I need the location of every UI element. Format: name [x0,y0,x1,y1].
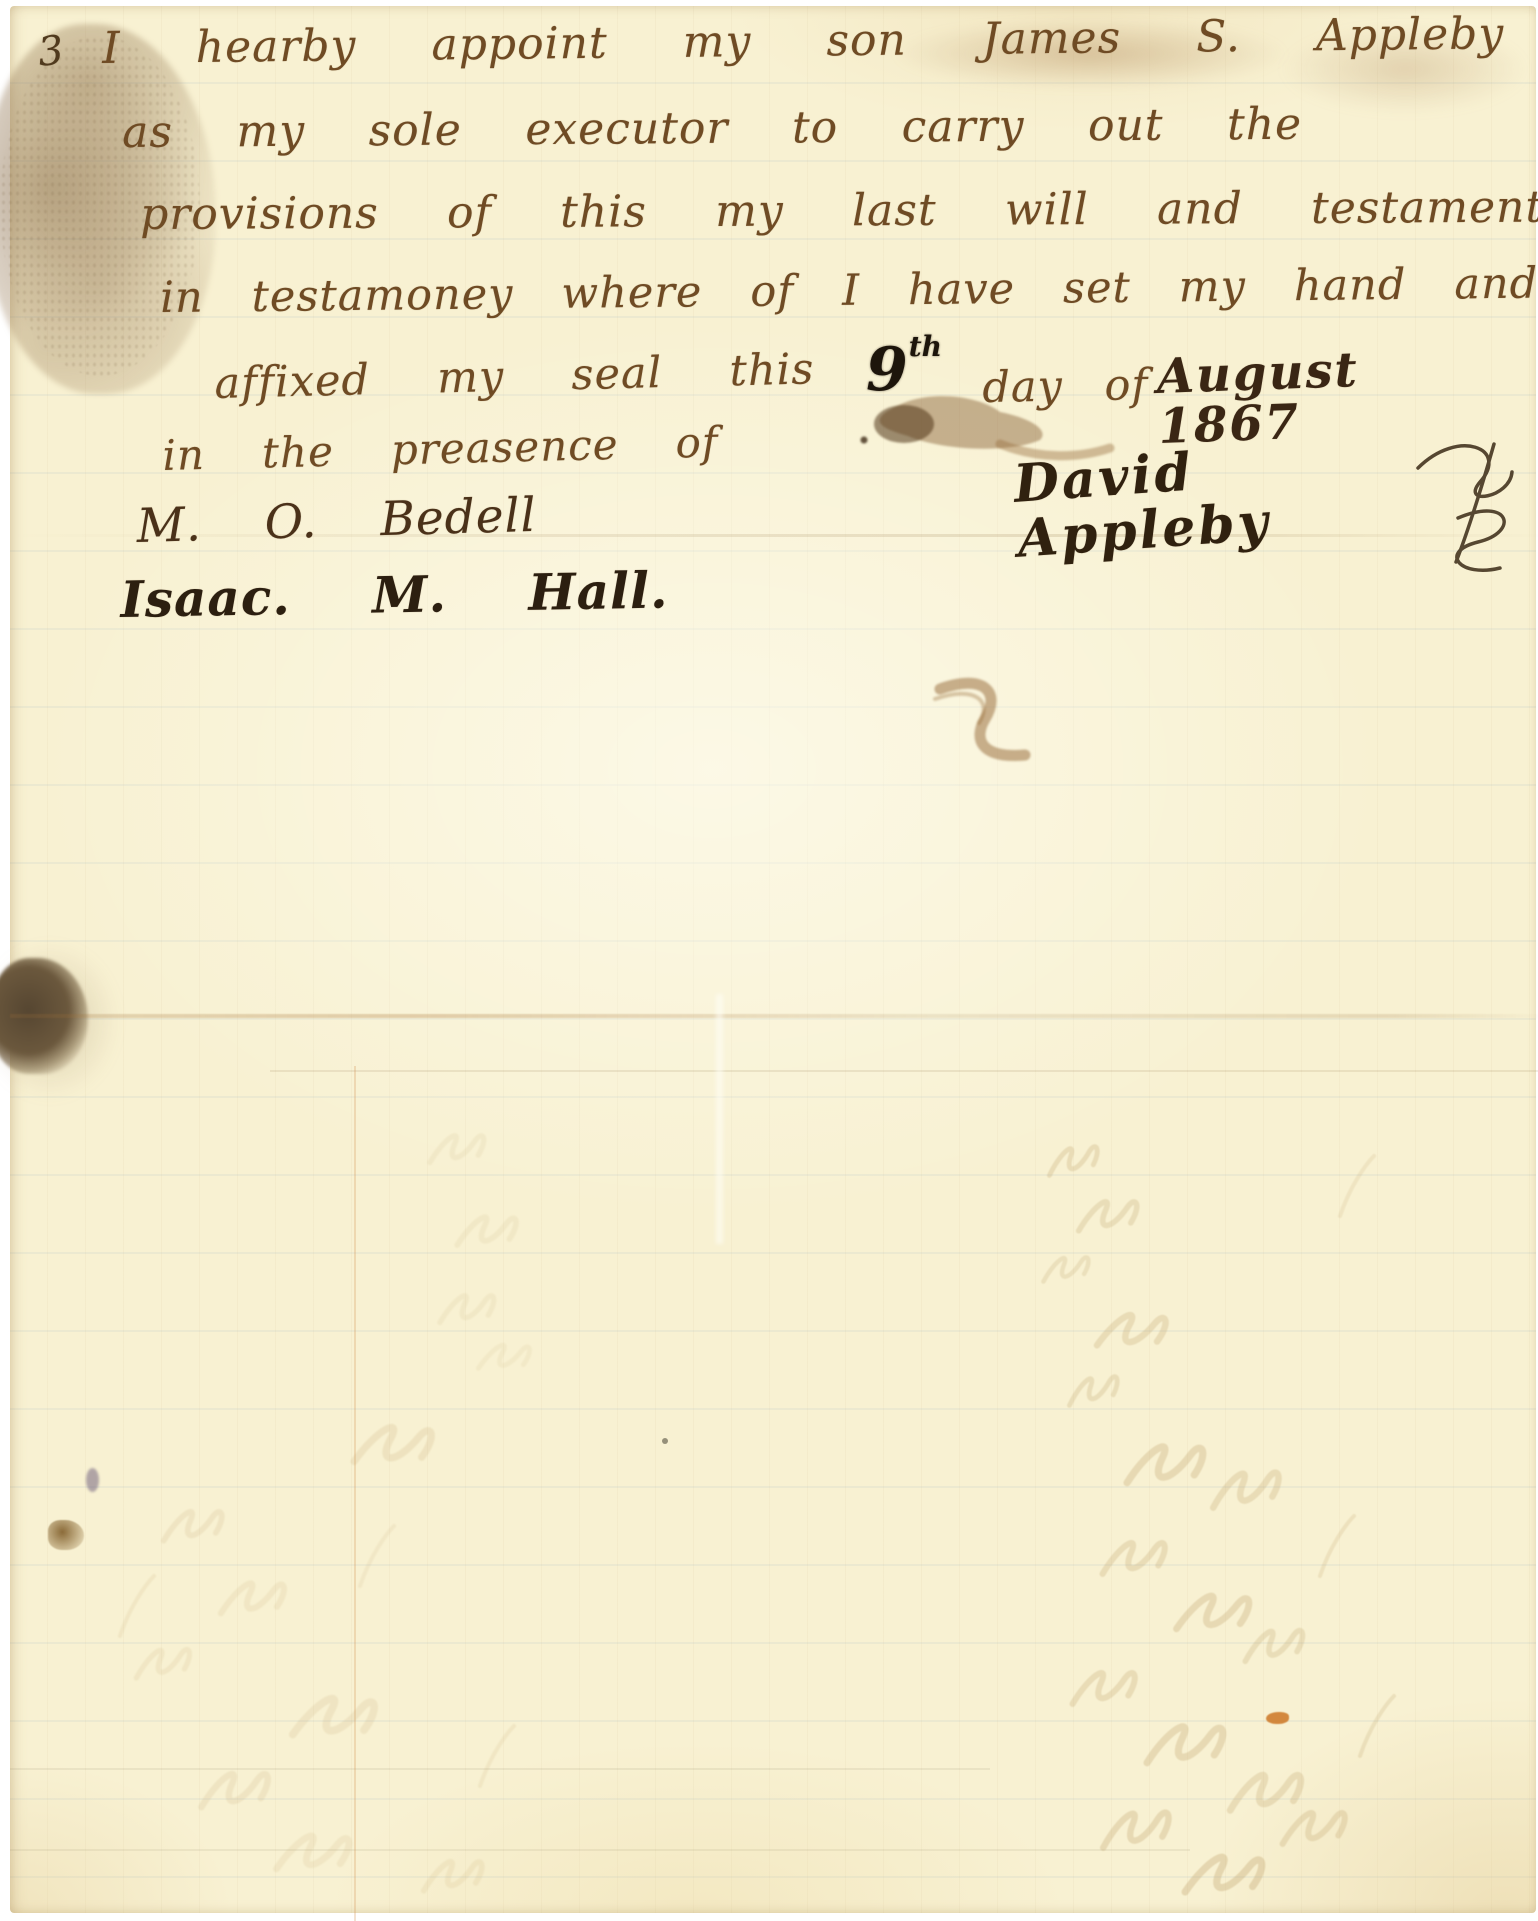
seal-line-middle: day of [982,363,1149,411]
ghost-writing-bottom-right [1000,1096,1470,1906]
attestation-line: in the preasence of [162,420,719,478]
document-scan: 3 I hearby appoint my son James S. Apple… [0,0,1538,1921]
day-numeral: 9 [866,335,909,405]
fold-crease-middle [10,1014,1538,1018]
signature-flourish [1398,436,1528,596]
ghost-writing-mid-left [405,1081,575,1381]
seal-line-day: 9th [866,332,942,402]
dark-speck [662,1438,668,1444]
fold-crease-middle-2 [270,1070,1538,1072]
testator-signature: David Appleby [1012,429,1439,567]
paper-sheet: 3 I hearby appoint my son James S. Apple… [10,6,1536,1913]
day-suffix: th [909,330,942,363]
clause-number: 3 [36,29,67,74]
handwriting-line-2: as my sole executor to carry out the [122,102,1302,156]
handwriting-line-4: in testamoney where of I have set my han… [160,262,1538,322]
vertical-crease-highlight [716,994,723,1244]
witness-signature-2: Isaac. M. Hall. [120,564,669,626]
hook-smudge [915,671,1055,791]
ghost-writing-bottom-left [60,1376,600,1921]
seal-line-prefix: affixed my seal this [214,347,815,407]
witness-signature-1: M. O. Bedell [136,491,537,551]
handwriting-line-3: provisions of this my last will and test… [140,185,1538,239]
